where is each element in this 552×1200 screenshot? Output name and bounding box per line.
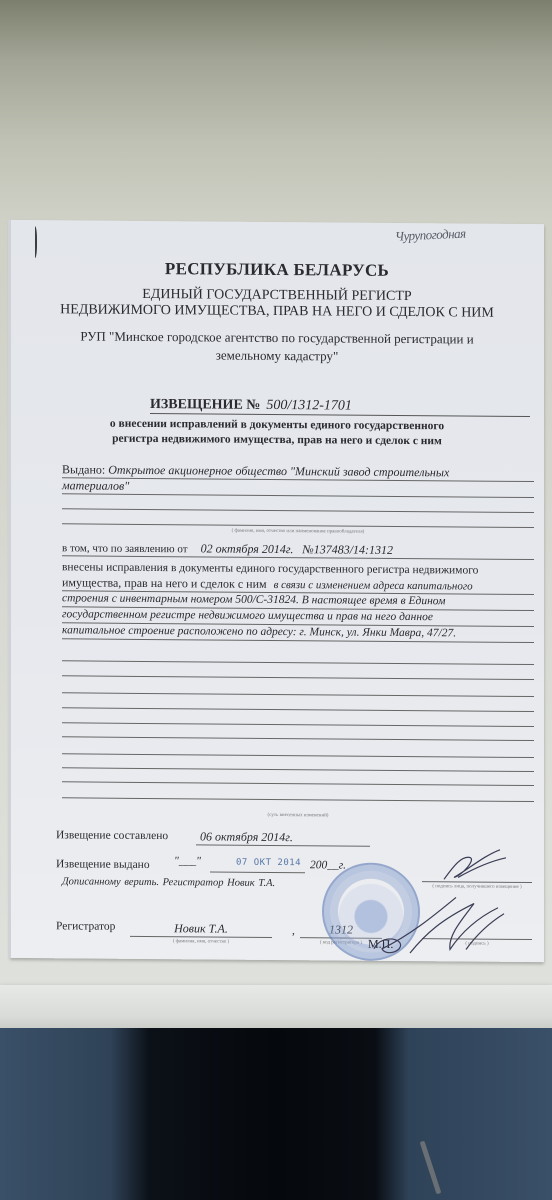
corrections-intro-line2: имущества, прав на него и сделок с ним bbox=[62, 575, 267, 591]
notice-document: Чурупогодная РЕСПУБЛИКА БЕЛАРУСЬ ЕДИНЫЙ … bbox=[10, 220, 544, 962]
compiled-date: 06 октября 2014г. bbox=[196, 829, 370, 846]
agency-line2: земельному кадастру" bbox=[10, 346, 544, 366]
registrar-signature-icon bbox=[370, 891, 510, 964]
registry-title-line2: НЕДВИЖИМОГО ИМУЩЕСТВА, ПРАВ НА НЕГО И СД… bbox=[10, 302, 544, 322]
issued-to-value2: материалов" bbox=[62, 478, 129, 493]
application-date: 02 октября 2014г. bbox=[201, 541, 294, 556]
notice-subtitle-line1: о внесении исправлений в документы едино… bbox=[10, 417, 544, 433]
application-number: №137483/14:1312 bbox=[302, 542, 393, 557]
recipient-signature-icon bbox=[440, 847, 510, 884]
corrections-text4: капитальное строение расположено по адре… bbox=[62, 623, 534, 643]
compiled-label: Извещение составлено bbox=[56, 829, 168, 842]
issued-to-caption: ( фамилия, имя, отчество или наименовани… bbox=[62, 527, 534, 536]
handwritten-note: Чурупогодная bbox=[395, 226, 466, 245]
notice-number: 500/1312-1701 bbox=[266, 398, 352, 414]
application-row: в том, что по заявлению от 02 октября 20… bbox=[62, 540, 534, 560]
recipient-caption: ( подпись лица, получившего извещение ) bbox=[422, 884, 532, 890]
pen-mark bbox=[32, 226, 37, 258]
registrar-name-caption: ( фамилия, имя, отчество ) bbox=[130, 939, 272, 945]
correction-note: Дописанному верить. Регистратор Новик Т.… bbox=[62, 876, 275, 889]
table-ledge bbox=[0, 985, 552, 1030]
notice-heading: ИЗВЕЩЕНИЕ №500/1312-1701 bbox=[150, 397, 530, 417]
blank-line bbox=[62, 782, 534, 802]
issued-label: Извещение выдано bbox=[56, 858, 150, 871]
issued-to-value1: Открытое акционерное общество "Минский з… bbox=[108, 463, 449, 480]
issued-to-label: Выдано: bbox=[62, 462, 105, 476]
notice-title: ИЗВЕЩЕНИЕ № bbox=[150, 397, 260, 413]
country-title: РЕСПУБЛИКА БЕЛАРУСЬ bbox=[10, 258, 544, 282]
registrar-name: Новик Т.А. bbox=[130, 921, 272, 938]
issued-day: "___" bbox=[174, 855, 201, 867]
jacket-background bbox=[0, 1028, 552, 1200]
corrections-intro-line1: внесены исправления в документы единого … bbox=[62, 561, 534, 577]
issued-stamp-date: 07 ОКТ 2014 bbox=[236, 858, 301, 869]
blank-line bbox=[62, 508, 534, 528]
separator-comma: , bbox=[292, 925, 295, 937]
application-label: в том, что по заявлению от bbox=[62, 542, 188, 555]
corrections-text1: в связи с изменением адреса капитального bbox=[274, 579, 473, 593]
issued-year: 200__г. bbox=[310, 859, 346, 871]
agency-line1: РУП "Минское городское агентство по госу… bbox=[10, 328, 544, 348]
registrar-label: Регистратор bbox=[56, 920, 115, 932]
notice-subtitle-line2: регистра недвижимого имущества, прав на … bbox=[10, 432, 544, 448]
changes-caption: (суть внесенных изменений) bbox=[62, 811, 534, 820]
